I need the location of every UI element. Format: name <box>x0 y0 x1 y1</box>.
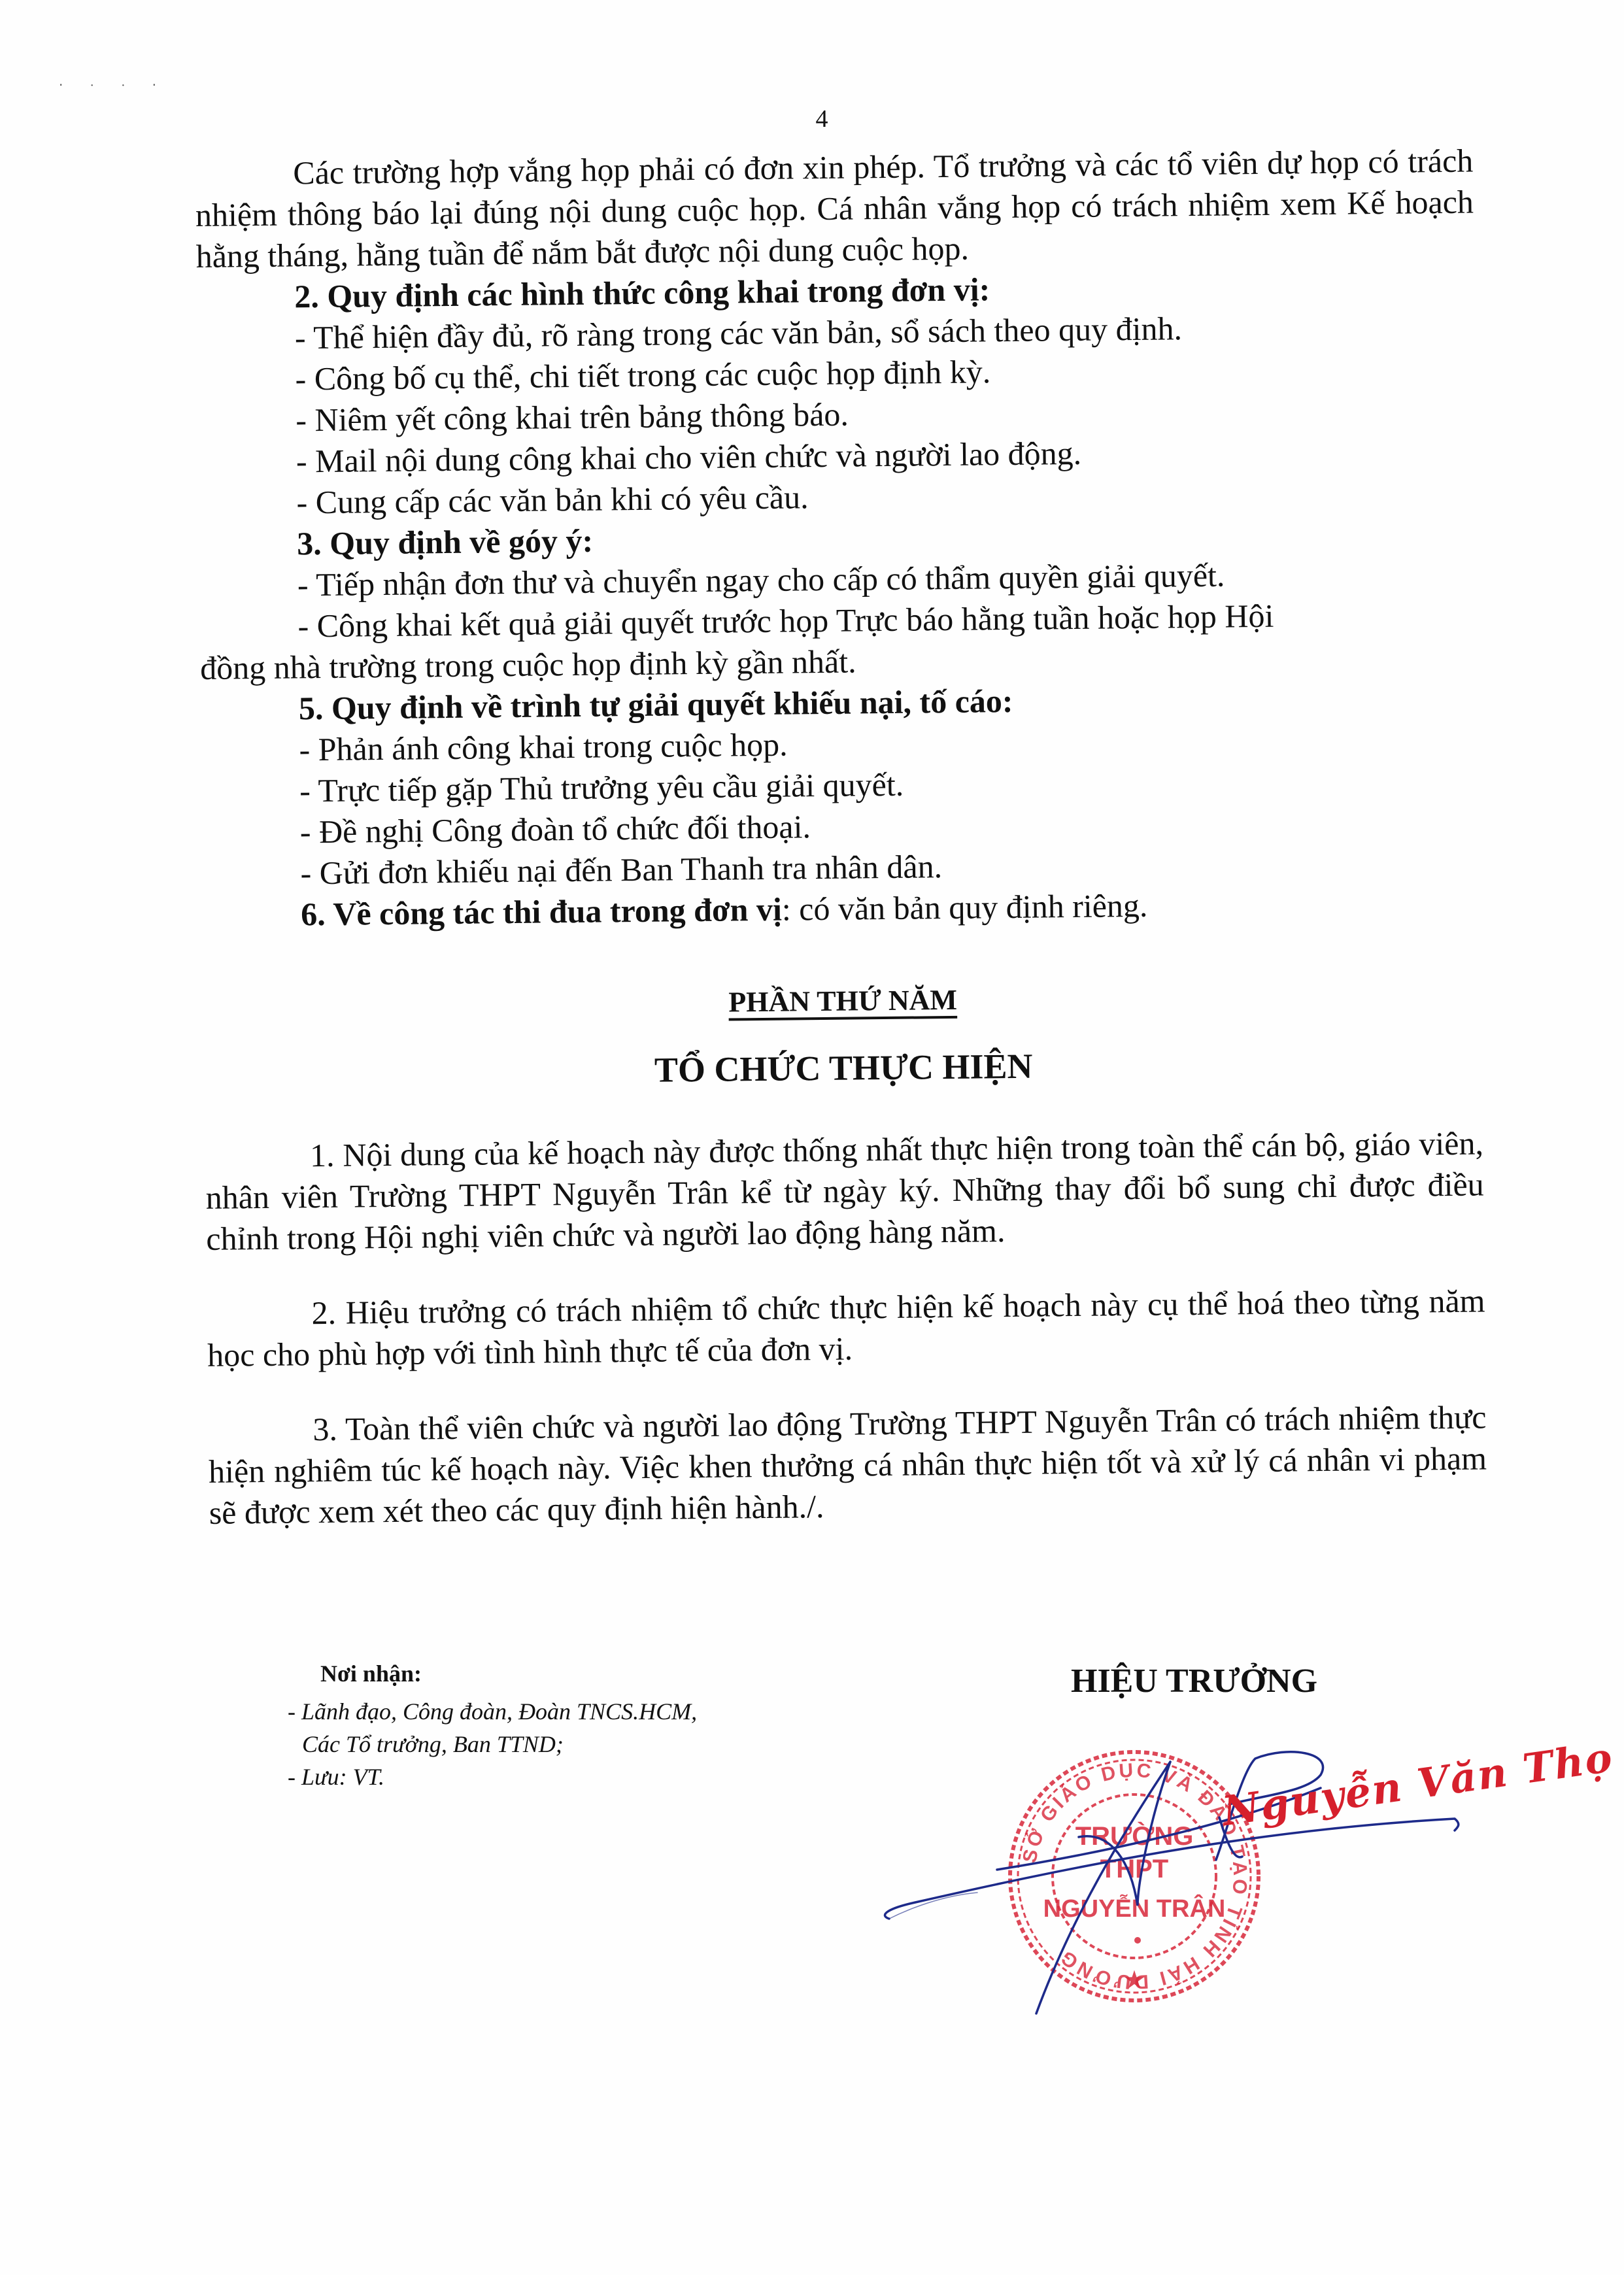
part-title: TỔ CHỨC THỰC HIỆN <box>204 1041 1483 1095</box>
implementation-paragraph: 1. Nội dung của kế hoạch này được thống … <box>205 1122 1485 1259</box>
stamp-center-bottom: NGUYỄN TRÂN <box>1043 1894 1226 1923</box>
signature-block: HIỆU TRƯỞNG SỞ GIÁO DỤC VÀ ĐÀO TẠO TỈNH … <box>863 1634 1517 2040</box>
implementation-paragraph: 2. Hiệu trưởng có trách nhiệm tổ chức th… <box>207 1280 1485 1375</box>
recipients-title: Nơi nhận: <box>288 1657 697 1690</box>
document-page: ‧ · · ‧ 4 Các trường hợp vắng họp phải c… <box>0 0 1624 2275</box>
intro-paragraph: Các trường hợp vắng họp phải có đơn xin … <box>195 141 1474 277</box>
document-body: Các trường hợp vắng họp phải có đơn xin … <box>195 141 1488 1568</box>
recipient-item: Các Tổ trưởng, Ban TTND; <box>288 1728 697 1761</box>
part-label: PHẦN THỨ NĂM <box>203 973 1482 1028</box>
recipient-item: - Lãnh đạo, Công đoàn, Đoàn TNCS.HCM, <box>288 1695 697 1728</box>
scan-artifact: ‧ · · ‧ <box>59 77 168 93</box>
section-heading-emulation: 6. Về công tác thi đua trong đơn vị <box>301 891 782 933</box>
svg-text:★: ★ <box>1125 1968 1144 1993</box>
section-emulation-text: : có văn bản quy định riêng. <box>782 887 1148 928</box>
page-number: 4 <box>0 105 1624 133</box>
official-stamp-icon: SỞ GIÁO DỤC VÀ ĐÀO TẠO TỈNH HẢI DƯƠNG TR… <box>863 1634 1517 2040</box>
implementation-paragraph: 3. Toàn thể viên chức và người lao động … <box>208 1396 1487 1533</box>
recipients-block: Nơi nhận: - Lãnh đạo, Công đoàn, Đoàn TN… <box>288 1657 697 1793</box>
recipient-item: - Lưu: VT. <box>288 1761 697 1793</box>
